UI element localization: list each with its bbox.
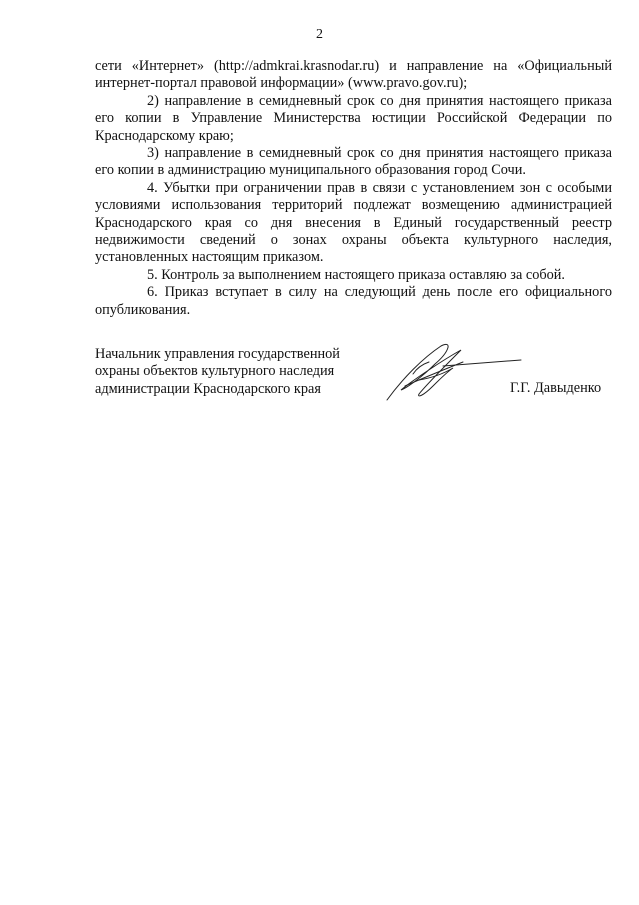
position-line-3: администрации Краснодарского края [95,381,340,398]
paragraph-1-continuation: сети «Интернет» (http://admkrai.krasnoda… [95,58,612,93]
document-body: сети «Интернет» (http://admkrai.krasnoda… [95,58,612,319]
paragraph-item-5: 5. Контроль за выполнением настоящего пр… [95,267,612,284]
paragraph-item-2: 2) направление в семидневный срок со дня… [95,93,612,145]
handwritten-signature-icon [383,338,523,408]
signatory-position: Начальник управления государственной охр… [95,346,340,398]
position-line-1: Начальник управления государственной [95,346,340,363]
position-line-2: охраны объектов культурного наследия [95,363,340,380]
paragraph-item-3: 3) направление в семидневный срок со дня… [95,145,612,180]
paragraph-item-4: 4. Убытки при ограничении прав в связи с… [95,180,612,267]
paragraph-item-6: 6. Приказ вступает в силу на следующий д… [95,284,612,319]
page-number: 2 [0,27,639,43]
signatory-name: Г.Г. Давыденко [510,380,601,397]
